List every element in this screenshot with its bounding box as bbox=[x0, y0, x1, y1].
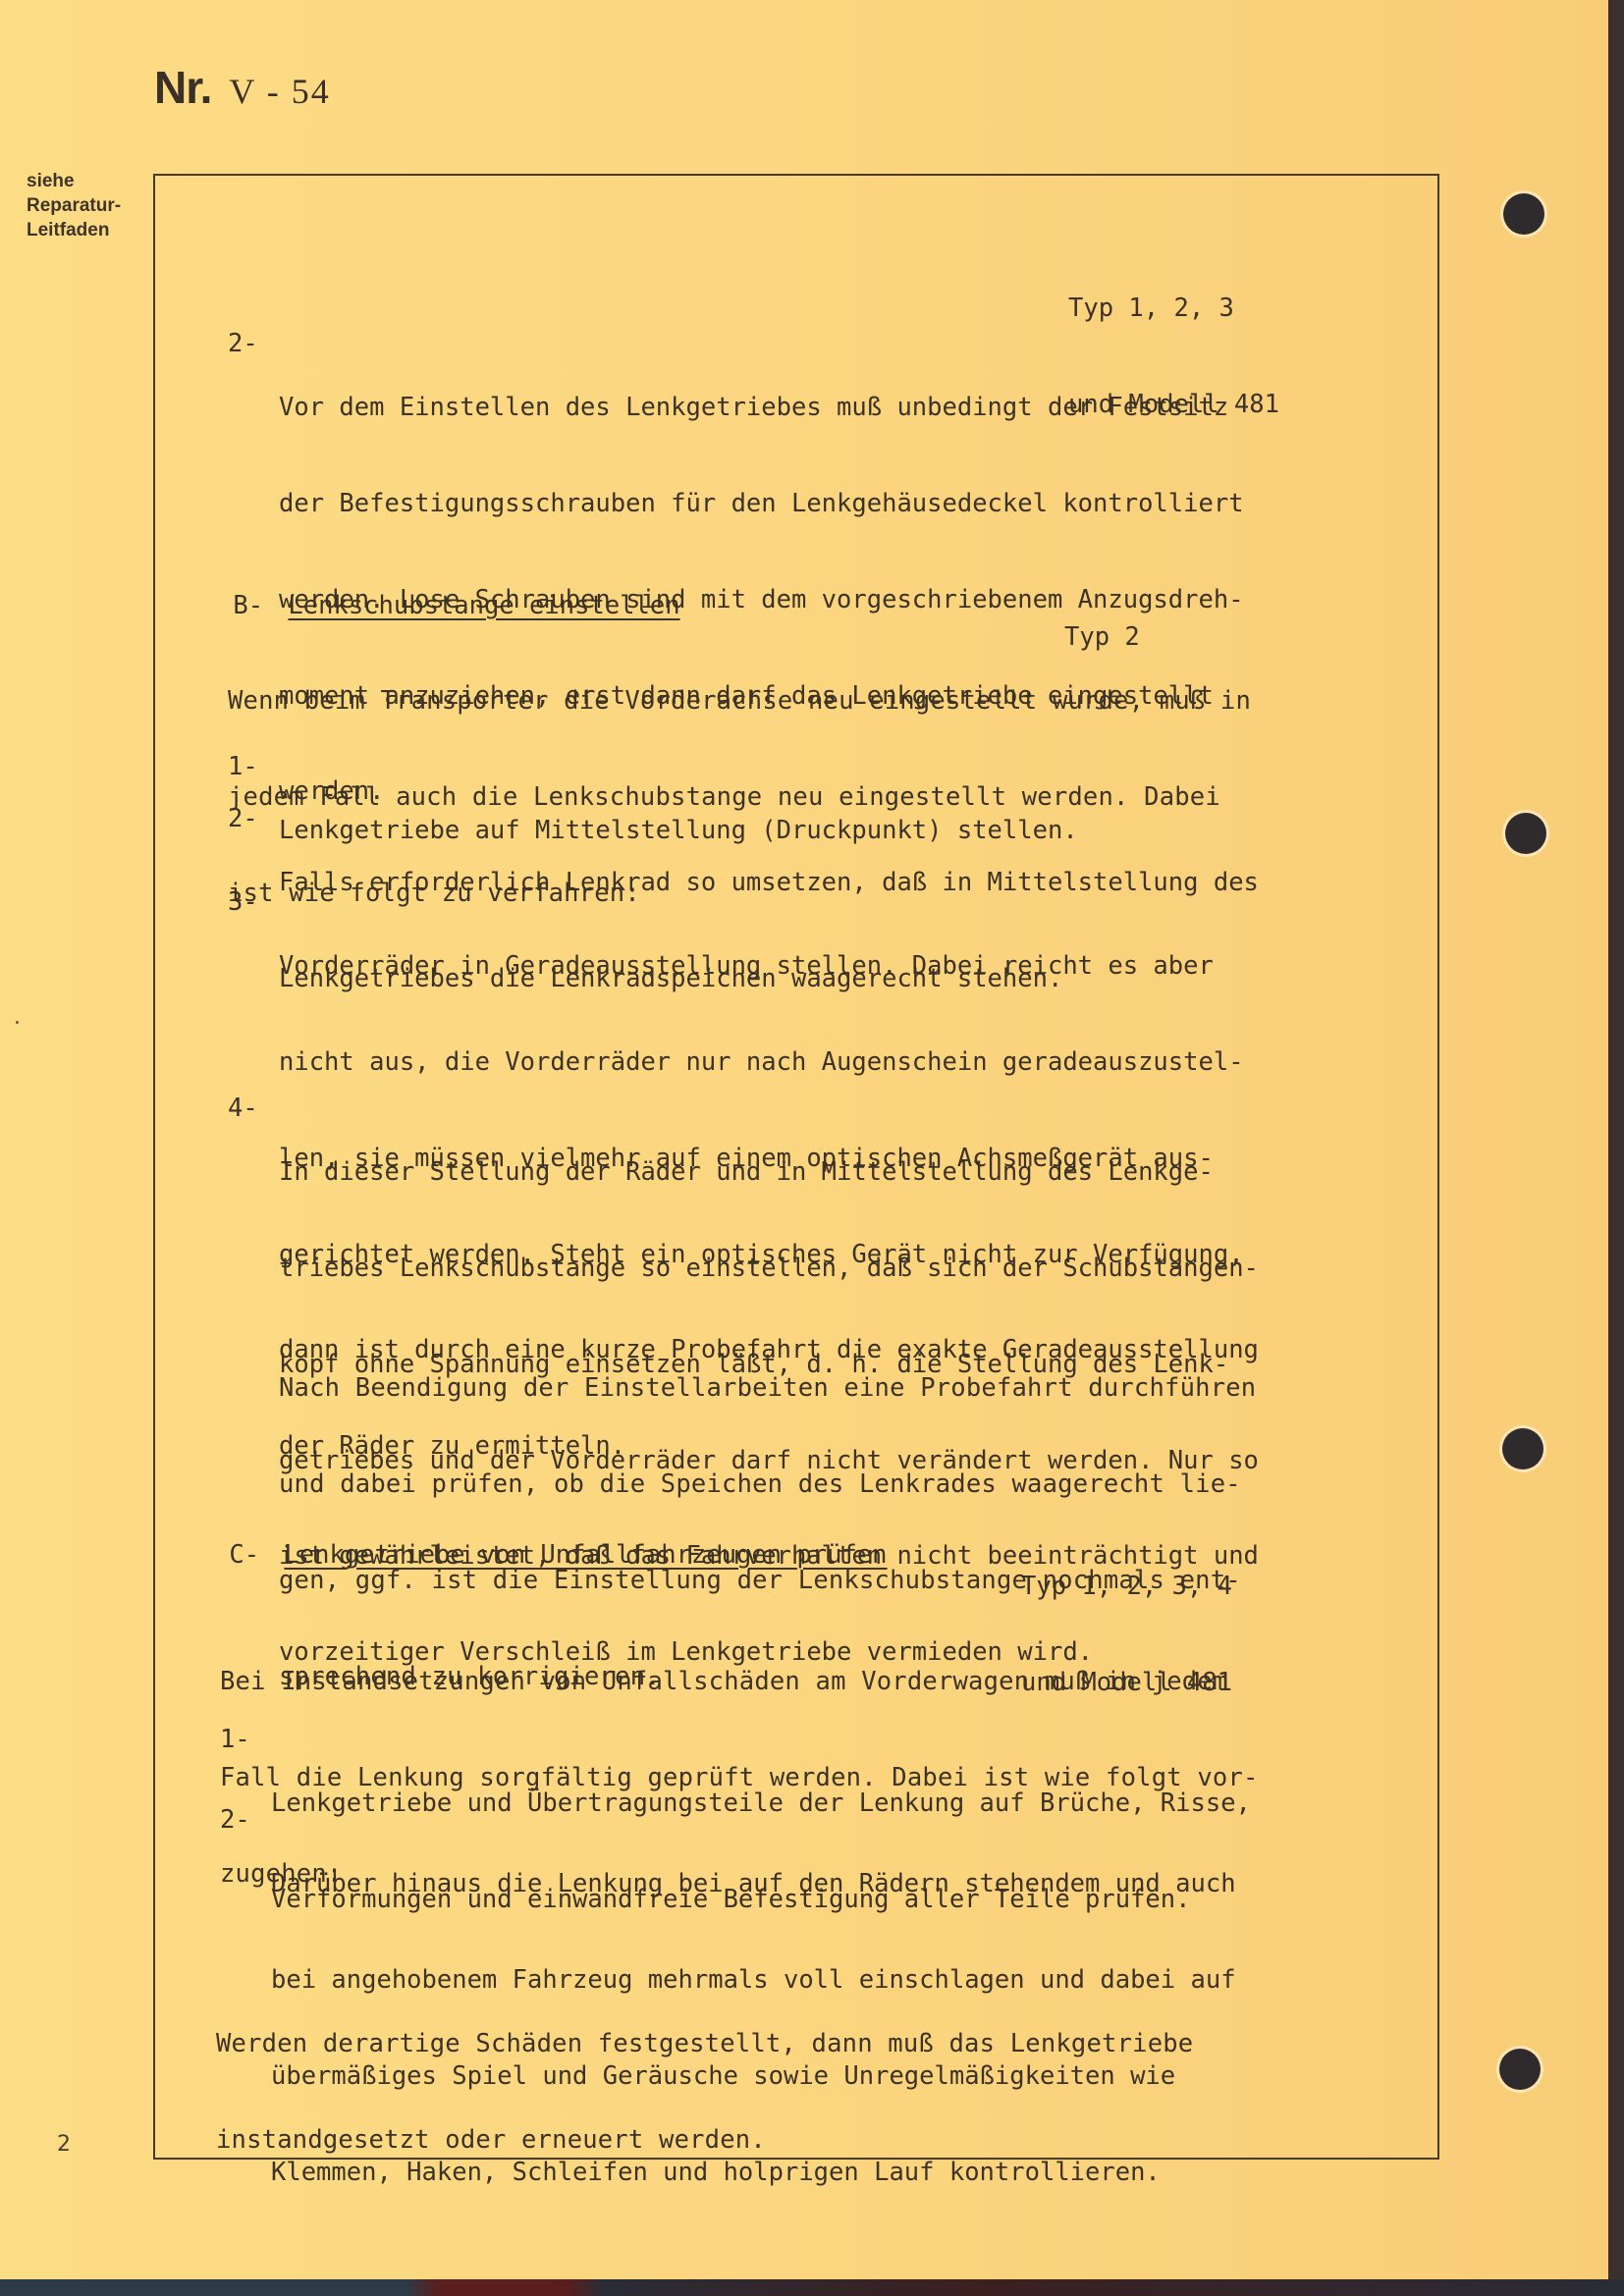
text-line: In dieser Stellung der Räder und in Mitt… bbox=[279, 1156, 1259, 1189]
scan-speck bbox=[16, 1021, 19, 1024]
section-title: Lenkschubstange einstellen bbox=[288, 591, 679, 620]
punch-hole-icon bbox=[1502, 1428, 1543, 1469]
applies-to-line: Typ 1, 2, 3, 4 bbox=[1021, 1571, 1232, 1603]
punch-hole-icon bbox=[1503, 193, 1544, 235]
document-number: Nr.V - 54 bbox=[154, 61, 331, 114]
text-line: triebes Lenkschubstange so einstellen, d… bbox=[279, 1253, 1259, 1285]
text-line: Nach Beendigung der Einstellarbeiten ein… bbox=[279, 1372, 1256, 1405]
side-note-line: Leitfaden bbox=[27, 218, 121, 242]
text-line: Vor dem Einstellen des Lenkgetriebes muß… bbox=[279, 392, 1244, 424]
punch-hole-icon bbox=[1505, 813, 1546, 854]
item-marker: 3- bbox=[228, 886, 258, 919]
item-marker: 2- bbox=[228, 328, 258, 360]
item-marker: 2- bbox=[228, 803, 258, 835]
scan-background-edge bbox=[0, 2279, 1624, 2296]
section-letter: B- bbox=[233, 590, 288, 622]
doc-number-value: V - 54 bbox=[229, 72, 330, 111]
item-marker: 2- bbox=[220, 1804, 250, 1837]
text-line: Bei Instandsetzungen von Unfallschäden a… bbox=[220, 1666, 1259, 1698]
item-marker: 1- bbox=[220, 1724, 250, 1756]
section-title: Lenkgetriebe von Unfallfahrzeugen prüfen bbox=[284, 1540, 887, 1570]
text-line: Darüber hinaus die Lenkung bei auf den R… bbox=[271, 1868, 1236, 1900]
punch-hole-icon bbox=[1499, 2049, 1541, 2090]
text-line: der Befestigungsschrauben für den Lenkge… bbox=[279, 488, 1244, 520]
side-note-line: siehe bbox=[27, 169, 121, 193]
applies-to-line: Typ 1, 2, 3 bbox=[1068, 293, 1279, 325]
item-marker: 1- bbox=[228, 751, 258, 783]
text-line: Wenn beim Transporter die Vorderachse ne… bbox=[228, 685, 1251, 718]
text-line: nicht aus, die Vorderräder nur nach Auge… bbox=[279, 1046, 1259, 1079]
side-note-repair-guide: siehe Reparatur- Leitfaden bbox=[27, 169, 121, 242]
page-number: 2 bbox=[57, 2132, 71, 2157]
text-line: Vorderräder in Geradeausstellung stellen… bbox=[279, 950, 1259, 983]
text-line: Werden derartige Schäden festgestellt, d… bbox=[216, 2028, 1193, 2060]
item-marker: 4- bbox=[228, 1093, 258, 1125]
text-line: instandgesetzt oder erneuert werden. bbox=[216, 2124, 1193, 2157]
text-line: und dabei prüfen, ob die Speichen des Le… bbox=[279, 1468, 1256, 1501]
side-note-line: Reparatur- bbox=[27, 193, 121, 218]
section-letter: C- bbox=[229, 1539, 284, 1572]
section-c-closing: Werden derartige Schäden festgestellt, d… bbox=[216, 1964, 1193, 2220]
nr-label: Nr. bbox=[154, 62, 211, 113]
section-c-heading: C-Lenkgetriebe von Unfallfahrzeugen prüf… bbox=[169, 1507, 888, 1603]
document-page: Nr.V - 54 siehe Reparatur- Leitfaden Typ… bbox=[0, 0, 1608, 2279]
